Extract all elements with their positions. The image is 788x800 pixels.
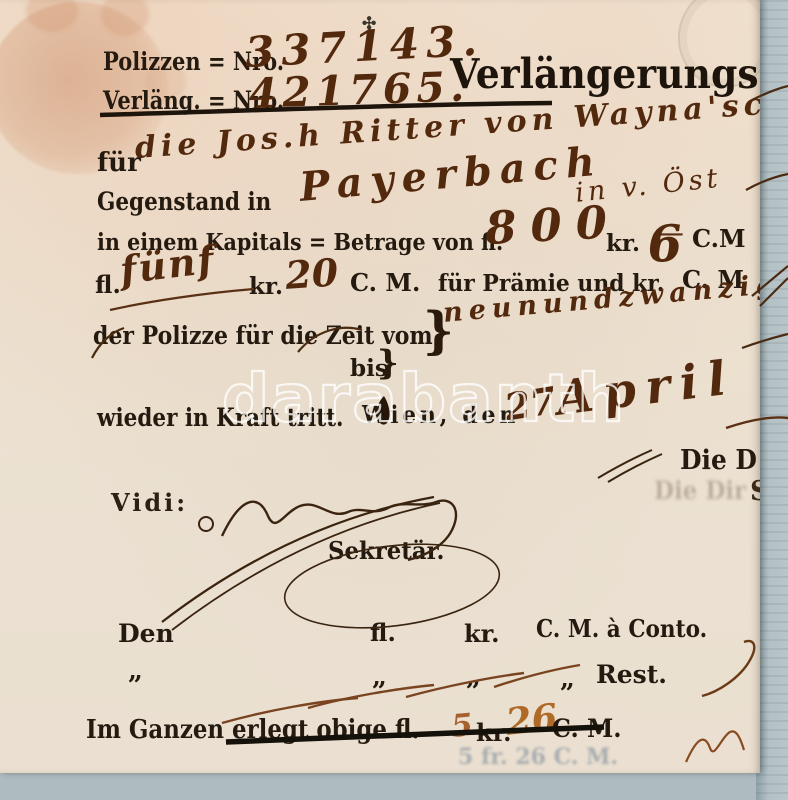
- vidi-label: Vidi:: [111, 488, 188, 517]
- direction-label: Die D: [680, 447, 757, 474]
- table-conto-column: C. M. à Conto.: [536, 617, 707, 641]
- table-fl-column: fl.: [370, 621, 396, 645]
- direction-ghost-bleed: Die Dir: [654, 478, 746, 503]
- total-label: Im Ganzen erlegt obige fl.: [86, 717, 419, 743]
- watermark: darabanth: [222, 360, 626, 437]
- kreuzer-label: kr.: [606, 232, 640, 255]
- fee-kreuzer-handwritten: 6: [646, 218, 683, 270]
- object-location-label: Gegenstand in: [97, 189, 271, 214]
- premium-kreuzer-handwritten: 20: [284, 253, 339, 295]
- rest-label: Rest.: [596, 662, 667, 687]
- table-kr-column: kr.: [464, 622, 499, 646]
- total-gulden-handwritten: 5: [450, 710, 474, 743]
- ditto-mark: „: [128, 658, 143, 684]
- total-kreuzer-handwritten: 26: [504, 699, 559, 741]
- document-title: Verlängerungssch: [450, 54, 760, 95]
- kreuzer-label: kr.: [249, 275, 283, 298]
- premium-gulden-handwritten: fünf: [118, 240, 218, 289]
- scanned-document-photo: anderweitig bestimmt ist, und ersten wer…: [0, 0, 788, 800]
- renewal-number-value: 421765.: [248, 66, 470, 115]
- secretary-label: Sekretär.: [328, 539, 444, 563]
- currency-cm-label: C.M: [692, 227, 746, 251]
- gulden-label: fl.: [95, 273, 121, 297]
- total-cm-label: C. M.: [552, 716, 622, 741]
- total-ghost-bleed: 5 fr. 26 C. M.: [458, 744, 618, 770]
- table-den-label: Den: [118, 621, 174, 646]
- capital-amount-handwritten: 800: [484, 199, 622, 251]
- ditto-mark: „: [372, 664, 387, 690]
- insured-for-label: für: [97, 150, 141, 176]
- currency-cm-label: C. M.: [350, 271, 420, 295]
- cut-off-letter: S: [750, 478, 760, 505]
- ditto-mark: „: [560, 666, 575, 692]
- ditto-mark: „: [466, 664, 481, 690]
- underlying-page-right-edge: [756, 0, 788, 800]
